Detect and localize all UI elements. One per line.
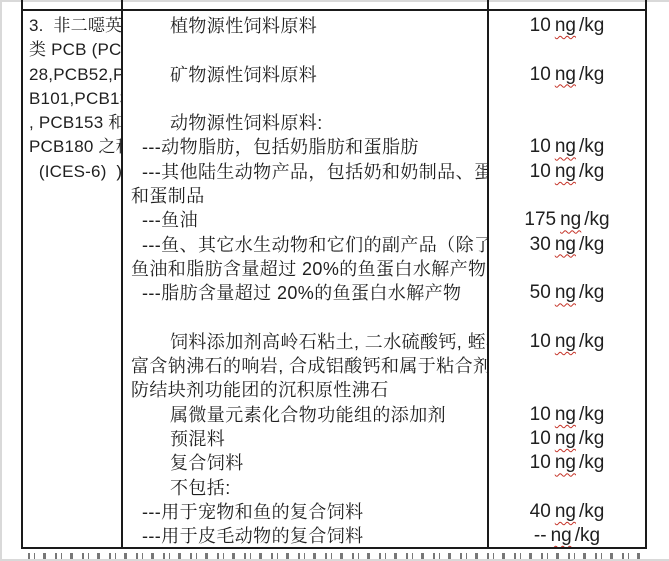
- feed-item-line: ---动物脂肪，包括奶脂肪和蛋脂肪: [131, 135, 487, 159]
- limit-per-kg: /kg: [579, 15, 604, 36]
- limit-per-kg: /kg: [584, 209, 609, 230]
- limit-value-empty: [489, 378, 645, 402]
- limit-amount: 10: [530, 161, 551, 182]
- limit-per-kg: /kg: [579, 64, 604, 85]
- feed-item-line: 动物源性饲料原料:: [131, 111, 487, 135]
- limit-unit-ng: ng: [555, 234, 576, 255]
- page-top-edge: [0, 0, 669, 2]
- substance-line: 3. 非二噁英: [29, 14, 119, 38]
- feed-item-line: [131, 38, 487, 62]
- feed-item-line: ---鱼、其它水生动物和它们的副产品（除了: [131, 233, 487, 257]
- limit-unit-ng: ng: [555, 282, 576, 303]
- limit-unit-ng: ng: [555, 331, 576, 352]
- feed-item-line: ---用于皮毛动物的复合饲料: [131, 524, 487, 547]
- clipped-next-line: [28, 553, 644, 559]
- feed-item-line: ---用于宠物和鱼的复合饲料: [131, 500, 487, 524]
- feed-item-line: ---脂肪含量超过 20%的鱼蛋白水解产物: [131, 281, 487, 305]
- limit-value: 40ng/kg: [489, 500, 645, 524]
- feed-item-line: 富含钠沸石的响岩, 合成铝酸钙和属于粘合剂和: [131, 354, 487, 378]
- limit-unit-ng: ng: [555, 501, 576, 522]
- table-continuation-stub: [121, 0, 123, 9]
- limit-value: 10ng/kg: [489, 427, 645, 451]
- limit-per-kg: /kg: [579, 331, 604, 352]
- feed-item-line: [131, 306, 487, 330]
- substance-line: (ICES-6) ): [29, 160, 119, 184]
- limit-amount: 10: [530, 15, 551, 36]
- limit-unit-ng: ng: [555, 15, 576, 36]
- substance-line: 28,PCB52,PC: [29, 63, 119, 87]
- feed-item-line: 不包括:: [131, 476, 487, 500]
- limit-value: 10ng/kg: [489, 135, 645, 159]
- page-left-edge: [0, 0, 2, 561]
- limit-per-kg: /kg: [579, 452, 604, 473]
- limit-unit-ng: ng: [560, 209, 581, 230]
- limit-value-empty: [489, 184, 645, 208]
- limit-per-kg: /kg: [579, 161, 604, 182]
- limit-amount: 40: [530, 501, 551, 522]
- limit-unit-ng: ng: [555, 404, 576, 425]
- feed-item-line: 矿物源性饲料原料: [131, 63, 487, 87]
- limit-value: 30ng/kg: [489, 233, 645, 257]
- limit-value-empty: [489, 38, 645, 62]
- limit-amount: 10: [530, 64, 551, 85]
- limit-amount: 175: [524, 209, 556, 230]
- feed-item-line: 预混料: [131, 427, 487, 451]
- limit-value: 10ng/kg: [489, 451, 645, 475]
- limit-value-empty: [489, 111, 645, 135]
- table-continuation-stub: [487, 0, 489, 9]
- limit-per-kg: /kg: [579, 282, 604, 303]
- limit-value-empty: [489, 476, 645, 500]
- table-continuation-stub: [645, 0, 647, 9]
- substance-line: PCB180 之和: [29, 135, 119, 159]
- limit-values-column: 10ng/kg10ng/kg10ng/kg10ng/kg175ng/kg30ng…: [489, 11, 645, 547]
- limit-value: 10ng/kg: [489, 14, 645, 38]
- limit-per-kg: /kg: [579, 501, 604, 522]
- feed-item-line: 鱼油和脂肪含量超过 20%的鱼蛋白水解产物）: [131, 257, 487, 281]
- feed-items-column: 植物源性饲料原料矿物源性饲料原料动物源性饲料原料:---动物脂肪，包括奶脂肪和蛋…: [123, 11, 489, 547]
- substance-line: 类 PCB (PCB: [29, 38, 119, 62]
- limit-amount: 10: [530, 452, 551, 473]
- limit-amount: --: [534, 525, 547, 546]
- limit-value: 50ng/kg: [489, 281, 645, 305]
- feed-item-line: ---其他陆生动物产品，包括奶和奶制品、蛋: [131, 160, 487, 184]
- limit-per-kg: /kg: [579, 136, 604, 157]
- limit-value: 175ng/kg: [489, 208, 645, 232]
- pcb-limits-table-row: 3. 非二噁英类 PCB (PCB28,PCB52,PCB101,PCB138,…: [21, 9, 647, 549]
- limit-value: 10ng/kg: [489, 63, 645, 87]
- limit-unit-ng: ng: [555, 428, 576, 449]
- feed-item-line: ---鱼油: [131, 208, 487, 232]
- limit-amount: 50: [530, 282, 551, 303]
- feed-item-line: 饲料添加剂高岭石粘土, 二水硫酸钙, 蛭石,: [131, 330, 487, 354]
- limit-value-empty: [489, 257, 645, 281]
- limit-unit-ng: ng: [555, 136, 576, 157]
- limit-value-empty: [489, 87, 645, 111]
- limit-per-kg: /kg: [579, 404, 604, 425]
- feed-item-line: 防结块剂功能团的沉积原性沸石: [131, 378, 487, 402]
- limit-value: 10ng/kg: [489, 403, 645, 427]
- limit-unit-ng: ng: [555, 64, 576, 85]
- limit-value: --ng/kg: [489, 524, 645, 547]
- limit-amount: 10: [530, 136, 551, 157]
- limit-value-empty: [489, 306, 645, 330]
- feed-item-line: 植物源性饲料原料: [131, 14, 487, 38]
- feed-item-line: 和蛋制品: [131, 184, 487, 208]
- limit-amount: 10: [530, 404, 551, 425]
- limit-value: 10ng/kg: [489, 160, 645, 184]
- limit-per-kg: /kg: [575, 525, 600, 546]
- limit-per-kg: /kg: [579, 234, 604, 255]
- limit-amount: 30: [530, 234, 551, 255]
- limit-value-empty: [489, 354, 645, 378]
- limit-per-kg: /kg: [579, 428, 604, 449]
- table-continuation-stub: [21, 0, 23, 9]
- substance-line: , PCB153 和: [29, 111, 119, 135]
- limit-value: 10ng/kg: [489, 330, 645, 354]
- limit-amount: 10: [530, 428, 551, 449]
- substance-cell: 3. 非二噁英类 PCB (PCB28,PCB52,PCB101,PCB138,…: [23, 11, 123, 547]
- feed-item-line: 属微量元素化合物功能组的添加剂: [131, 403, 487, 427]
- limit-amount: 10: [530, 331, 551, 352]
- limit-unit-ng: ng: [555, 452, 576, 473]
- substance-line: B101,PCB138: [29, 87, 119, 111]
- feed-item-line: [131, 87, 487, 111]
- limit-unit-ng: ng: [555, 161, 576, 182]
- limit-unit-ng: ng: [551, 525, 572, 546]
- feed-item-line: 复合饲料: [131, 451, 487, 475]
